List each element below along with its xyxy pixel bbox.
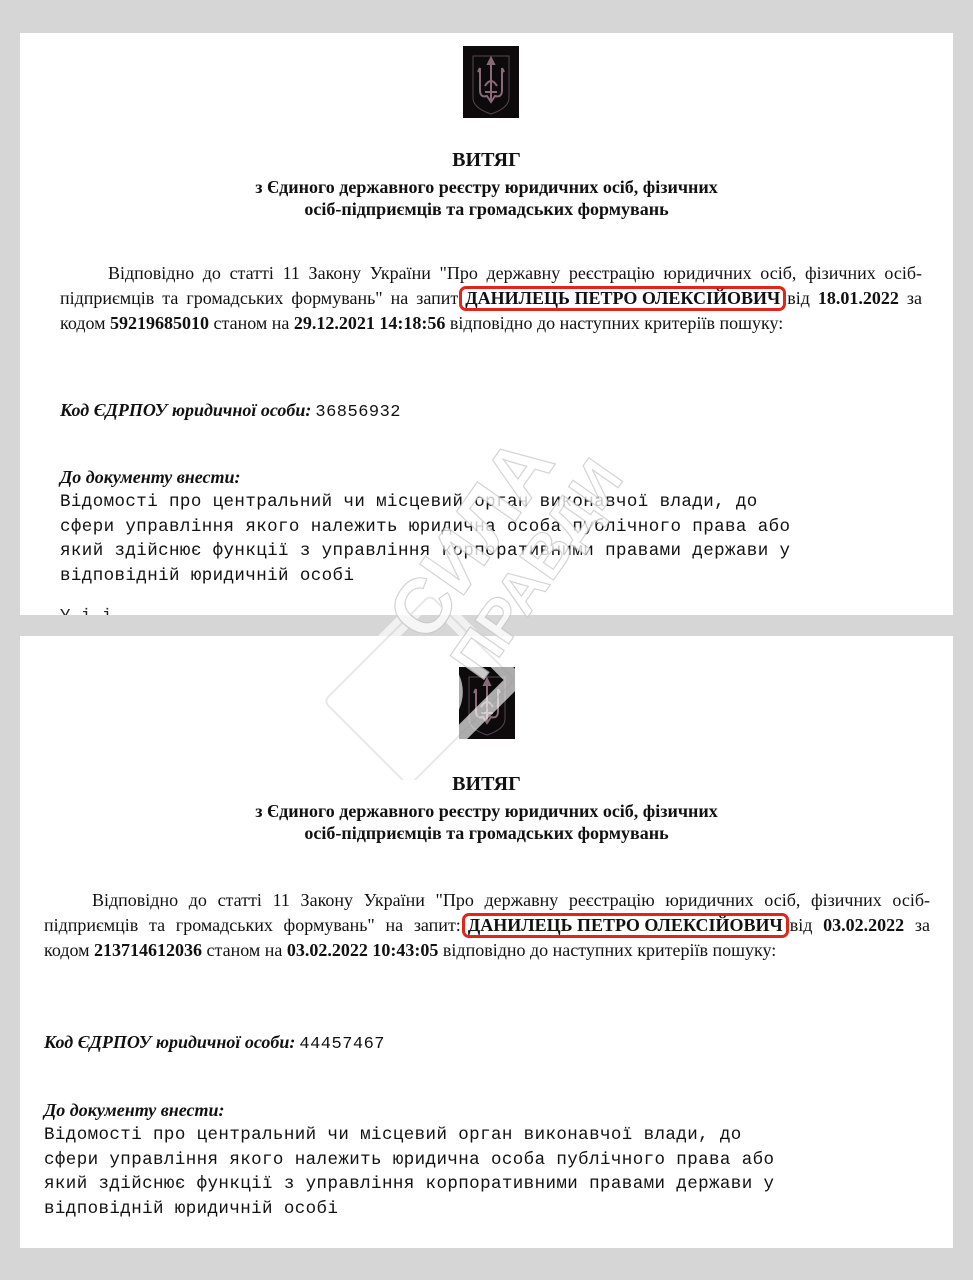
add-label: До документу внести: — [44, 1100, 225, 1120]
state-word: станом на — [214, 313, 290, 333]
from-word: від — [790, 915, 813, 935]
state-word: станом на — [207, 940, 283, 960]
document-subtitle-line2: осіб-підприємців та громадських формуван… — [20, 198, 953, 220]
add-line: Відомості про центральний чи місцевий ор… — [44, 1123, 774, 1148]
state-datetime: 29.12.2021 14:18:56 — [294, 313, 446, 333]
add-line: відповідній юридичній особі — [60, 564, 790, 589]
add-content: Відомості про центральний чи місцевий ор… — [44, 1123, 774, 1221]
document-title-block: ВИТЯГ з Єдиного державного реєстру юриди… — [20, 148, 953, 220]
request-code: 213714612036 — [94, 940, 202, 960]
add-content: Відомості про центральний чи місцевий ор… — [60, 490, 790, 588]
document-title-block: ВИТЯГ з Єдиного державного реєстру юриди… — [20, 772, 953, 844]
document-subtitle-line1: з Єдиного державного реєстру юридичних о… — [20, 800, 953, 822]
edrpou-label: Код ЄДРПОУ юридичної особи: — [60, 400, 311, 420]
ukraine-trident-emblem-icon — [463, 46, 519, 118]
from-word: від — [787, 288, 810, 308]
request-date: 18.01.2022 — [818, 288, 899, 308]
document-title: ВИТЯГ — [20, 148, 953, 172]
extract-document-2: ВИТЯГ з Єдиного державного реєстру юриди… — [20, 636, 953, 1248]
intro-paragraph: Відповідно до статті 11 Закону України "… — [44, 888, 930, 962]
edrpou-field: Код ЄДРПОУ юридичної особи:44457467 — [44, 1032, 385, 1054]
add-line: сфери управління якого належить юридична… — [60, 515, 790, 540]
cut-off-text: У і і — [60, 607, 113, 615]
extract-document-1: ВИТЯГ з Єдиного державного реєстру юриди… — [20, 33, 953, 615]
edrpou-field: Код ЄДРПОУ юридичної особи:36856932 — [60, 400, 401, 422]
intro-suffix: відповідно до наступних критеріїв пошуку… — [450, 313, 783, 333]
add-line: який здійснює функції з управління корпо… — [44, 1172, 774, 1197]
add-line: сфери управління якого належить юридична… — [44, 1148, 774, 1173]
edrpou-label: Код ЄДРПОУ юридичної особи: — [44, 1032, 295, 1052]
requester-highlight: ДАНИЛЕЦЬ ПЕТРО ОЛЕКСІЙОВИЧ — [462, 913, 789, 938]
add-to-document-field: До документу внести: — [60, 467, 241, 488]
edrpou-value: 44457467 — [299, 1035, 385, 1054]
intro-paragraph: Відповідно до статті 11 Закону України "… — [60, 261, 922, 335]
document-title: ВИТЯГ — [20, 772, 953, 796]
add-line: Відомості про центральний чи місцевий ор… — [60, 490, 790, 515]
ukraine-trident-emblem-icon — [459, 667, 515, 739]
add-line: відповідній юридичній особі — [44, 1197, 774, 1222]
state-datetime: 03.02.2022 10:43:05 — [287, 940, 439, 960]
document-subtitle-line2: осіб-підприємців та громадських формуван… — [20, 822, 953, 844]
request-date: 03.02.2022 — [823, 915, 904, 935]
requester-highlight: ДАНИЛЕЦЬ ПЕТРО ОЛЕКСІЙОВИЧ — [459, 286, 786, 311]
add-label: До документу внести: — [60, 467, 241, 487]
add-to-document-field: До документу внести: — [44, 1100, 225, 1121]
intro-suffix: відповідно до наступних критеріїв пошуку… — [443, 940, 776, 960]
add-line: який здійснює функції з управління корпо… — [60, 539, 790, 564]
document-subtitle-line1: з Єдиного державного реєстру юридичних о… — [20, 176, 953, 198]
request-code: 59219685010 — [110, 313, 209, 333]
edrpou-value: 36856932 — [315, 403, 401, 422]
